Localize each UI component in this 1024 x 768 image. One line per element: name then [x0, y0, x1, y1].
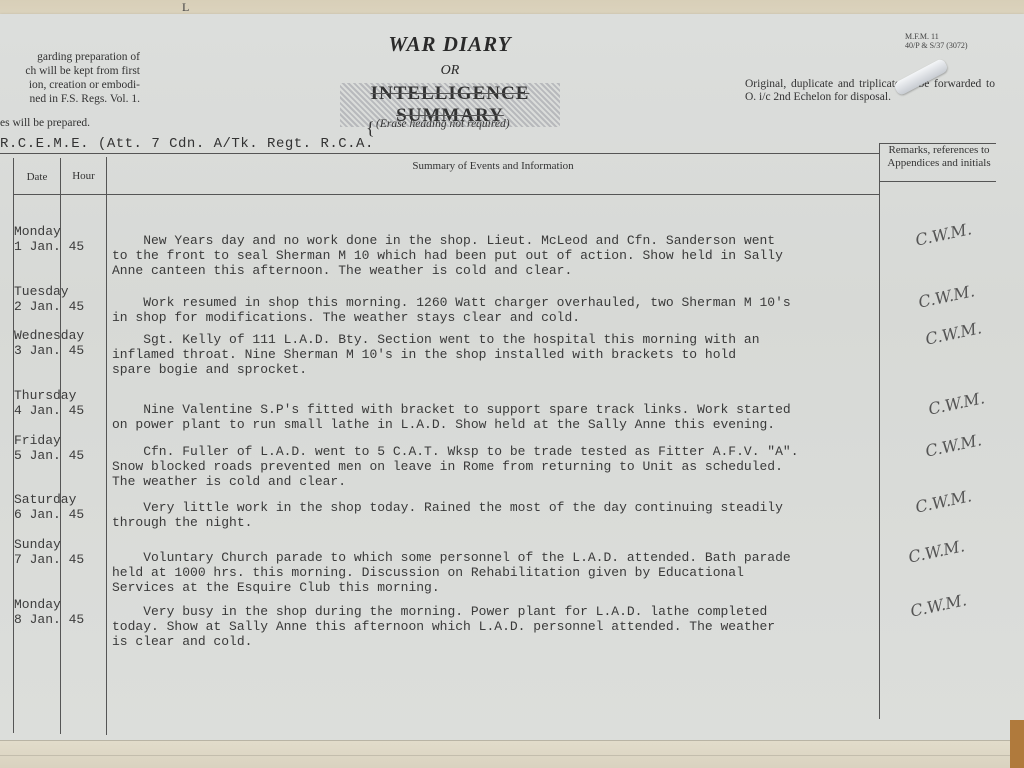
entry-text: Sgt. Kelly of 111 L.A.D. Bty. Section we… — [112, 332, 892, 377]
underlying-pages — [0, 740, 1024, 768]
instructions-block: garding preparation of ch will be kept f… — [0, 50, 140, 106]
form-reference: M.F.M. 11 40/P & S/37 (3072) — [905, 32, 968, 50]
form-ref-line: 40/P & S/37 (3072) — [905, 41, 968, 50]
title-or: OR — [340, 63, 560, 79]
entry-text: Work resumed in shop this morning. 1260 … — [112, 295, 892, 325]
entry-date: Wednesday3 Jan. 45 — [14, 328, 84, 358]
entry-day: Saturday — [14, 492, 84, 507]
instruction-line: ned in F.S. Regs. Vol. 1. — [0, 92, 140, 106]
entry-date: Monday8 Jan. 45 — [14, 597, 84, 627]
top-mark: L — [182, 0, 189, 15]
col-remarks: Remarks, references to Appendices and in… — [882, 144, 996, 170]
entry-date-value: 1 Jan. 45 — [14, 239, 84, 254]
entry-date: Sunday7 Jan. 45 — [14, 537, 84, 567]
entry-date: Friday5 Jan. 45 — [14, 433, 84, 463]
entry-date: Saturday6 Jan. 45 — [14, 492, 84, 522]
header-bottom-rule — [14, 194, 880, 195]
entry-day: Tuesday — [14, 284, 84, 299]
disposal-note: Original, duplicate and triplicate to be… — [745, 78, 995, 104]
col-divider — [106, 157, 107, 735]
form-ref-line: M.F.M. 11 — [905, 32, 968, 41]
table-top-rule — [0, 153, 880, 154]
erase-note: (Erase heading not required) — [376, 118, 510, 130]
col-date: Date — [14, 171, 60, 183]
entry-date-value: 7 Jan. 45 — [14, 552, 84, 567]
entry-day: Sunday — [14, 537, 84, 552]
entry-text: Cfn. Fuller of L.A.D. went to 5 C.A.T. W… — [112, 444, 892, 489]
col-summary: Summary of Events and Information — [107, 160, 879, 172]
title-block: WAR DIARY OR INTELLIGENCE SUMMARY — [340, 32, 560, 127]
entry-day: Monday — [14, 597, 84, 612]
unit-name: R.C.E.M.E. (Att. 7 Cdn. A/Tk. Regt. R.C.… — [0, 136, 374, 152]
entry-day: Wednesday — [14, 328, 84, 343]
remarks-header-rule — [880, 181, 996, 182]
instruction-line: garding preparation of — [0, 50, 140, 64]
entry-date: Thursday4 Jan. 45 — [14, 388, 84, 418]
entry-date-value: 8 Jan. 45 — [14, 612, 84, 627]
entry-day: Thursday — [14, 388, 84, 403]
entry-text: Voluntary Church parade to which some pe… — [112, 550, 892, 595]
entry-text: Very busy in the shop during the morning… — [112, 604, 892, 649]
desk-corner — [1010, 720, 1024, 768]
entry-date-value: 5 Jan. 45 — [14, 448, 84, 463]
entry-date: Monday1 Jan. 45 — [14, 224, 84, 254]
col-hour: Hour — [61, 170, 106, 182]
entry-date: Tuesday2 Jan. 45 — [14, 284, 84, 314]
entry-date-value: 2 Jan. 45 — [14, 299, 84, 314]
entry-text: New Years day and no work done in the sh… — [112, 233, 892, 278]
page-title: WAR DIARY — [340, 32, 560, 57]
entry-date-value: 4 Jan. 45 — [14, 403, 84, 418]
entry-date-value: 6 Jan. 45 — [14, 507, 84, 522]
entry-text: Nine Valentine S.P's fitted with bracket… — [112, 402, 892, 432]
instruction-bottom: es will be prepared. — [0, 117, 90, 129]
instruction-line: ion, creation or embodi- — [0, 78, 140, 92]
entry-text: Very little work in the shop today. Rain… — [112, 500, 892, 530]
entry-date-value: 3 Jan. 45 — [14, 343, 84, 358]
entry-day: Monday — [14, 224, 84, 239]
instruction-line: ch will be kept from first — [0, 64, 140, 78]
entry-day: Friday — [14, 433, 84, 448]
